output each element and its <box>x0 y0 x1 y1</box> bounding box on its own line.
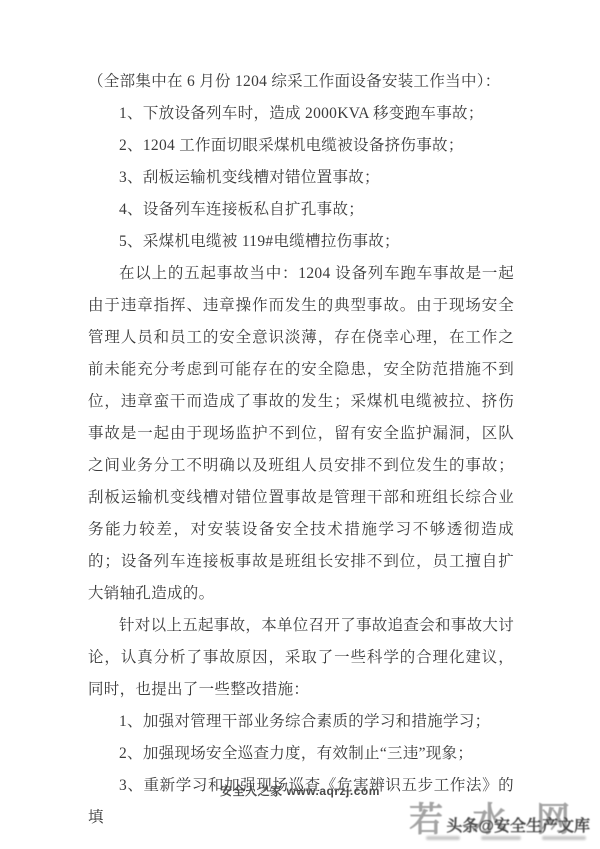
response-paragraph: 针对以上五起事故，本单位召开了事故追查会和事故大讨论，认真分析了事故原因，采取了… <box>88 610 514 706</box>
document-page: （全部集中在 6 月份 1204 综采工作面设备安装工作当中）： 1、下放设备列… <box>0 0 600 849</box>
measure-list-item-1: 1、加强对管理干部业务综合素质的学习和措施学习； <box>88 706 514 738</box>
accident-list-item-5: 5、采煤机电缆被 119#电缆槽拉伤事故； <box>88 226 514 258</box>
measure-list-item-2: 2、加强现场安全巡查力度，有效制止“三违”现象； <box>88 738 514 770</box>
analysis-paragraph: 在以上的五起事故当中：1204 设备列车跑车事故是一起由于违章指挥、违章操作而发… <box>88 258 514 610</box>
accident-list-item-3: 3、刮板运输机变线槽对错位置事故； <box>88 162 514 194</box>
accident-list-item-1: 1、下放设备列车时，造成 2000KVA 移变跑车事故； <box>88 98 514 130</box>
watermark: 若 水 网 头条@安全生产文库 <box>412 792 592 847</box>
accident-list-item-4: 4、设备列车连接板私自扩孔事故； <box>88 194 514 226</box>
accident-list-item-2: 2、1204 工作面切眼采煤机电缆被设备挤伤事故； <box>88 130 514 162</box>
watermark-toutiao-text: 头条@安全生产文库 <box>446 813 590 836</box>
watermark-blur-row <box>426 836 586 842</box>
intro-line: （全部集中在 6 月份 1204 综采工作面设备安装工作当中）： <box>88 66 514 98</box>
document-body: （全部集中在 6 月份 1204 综采工作面设备安装工作当中）： 1、下放设备列… <box>88 66 514 834</box>
